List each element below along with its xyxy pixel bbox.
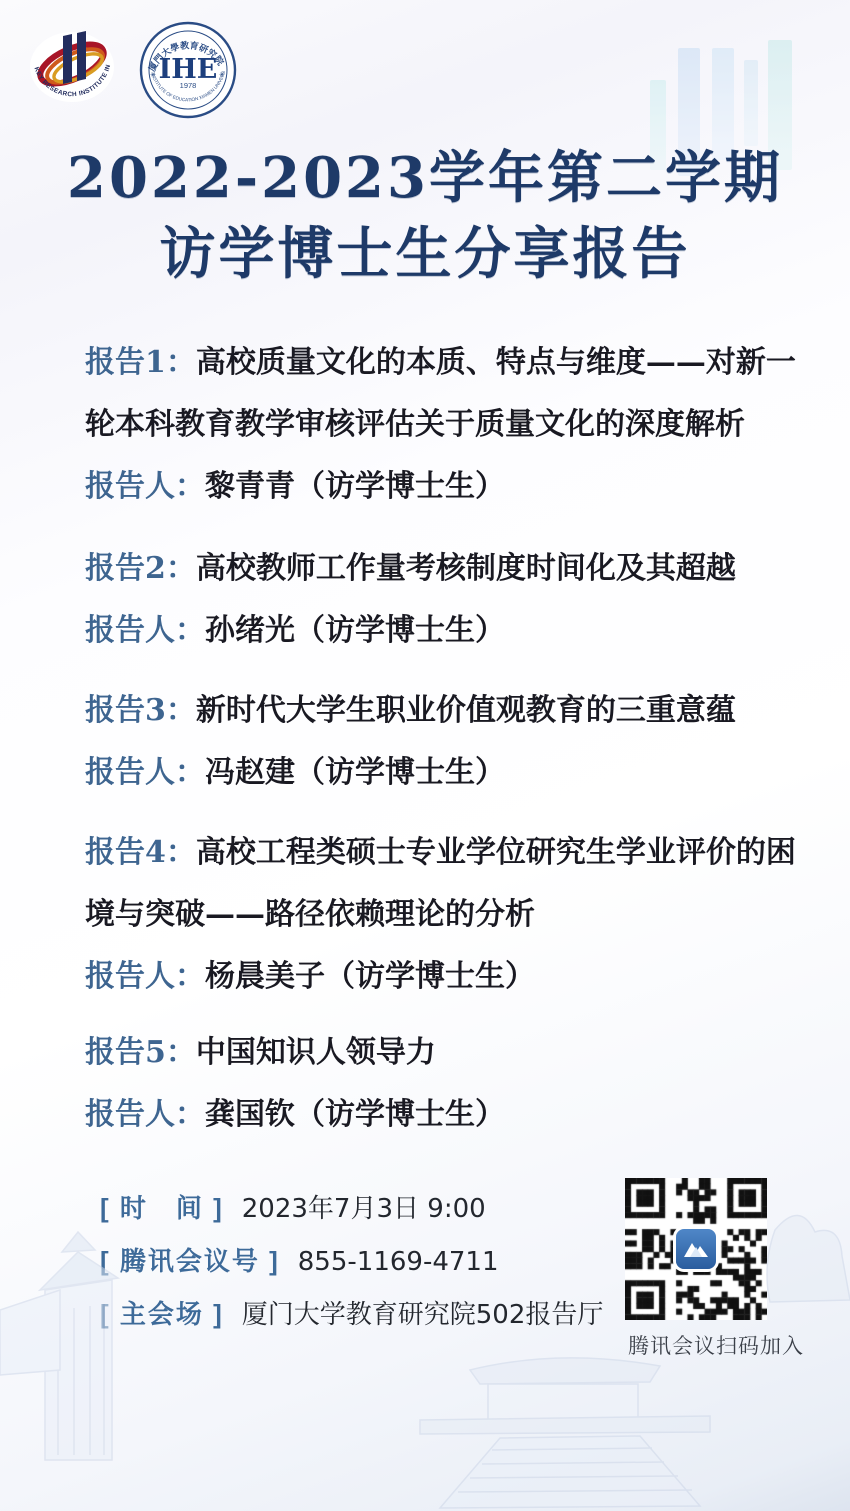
qr-caption: 腾讯会议扫码加入 [628, 1330, 848, 1360]
presenter-label: 报告人： [85, 959, 205, 994]
report-title-text: 中国知识人领导力 [196, 1035, 436, 1070]
report-presenter: 报告人：黎青青（访学博士生） [85, 456, 797, 518]
report-label: 报告3： [85, 693, 196, 728]
poster-title: 2022-2023学年第二学期 访学博士生分享报告 [0, 140, 850, 292]
report-label: 报告2： [85, 551, 196, 586]
time-label: [ 时 间 ] [100, 1193, 224, 1223]
report-item-2: 报告2：高校教师工作量考核制度时间化及其超越 报告人：孙绪光（访学博士生） [85, 538, 797, 662]
presenter-name: 冯赵建（访学博士生） [205, 755, 505, 790]
report-label: 报告1： [85, 345, 196, 380]
meeting-id-value: 855-1169-4711 [298, 1247, 499, 1277]
info-row-time: [ 时 间 ]2023年7月3日 9:00 [100, 1182, 620, 1235]
event-info: [ 时 间 ]2023年7月3日 9:00 [ 腾讯会议号 ]855-1169-… [100, 1182, 620, 1341]
ihe-seal-icon: 厦門大學教育研究院 ✳ ✳ IHE 1978 INSTITUTE OF EDUC… [138, 20, 238, 120]
presenter-name: 孙绪光（访学博士生） [205, 613, 505, 648]
report-label: 报告4： [85, 835, 196, 870]
report-title: 报告1：高校质量文化的本质、特点与维度——对新一轮本科教育教学审核评估关于质量文… [85, 332, 797, 456]
report-title: 报告2：高校教师工作量考核制度时间化及其超越 [85, 538, 797, 600]
key-research-institute-logo-icon: KEY RESEARCH INSTITUTE IN UNIVERSITY [22, 20, 122, 120]
report-item-1: 报告1：高校质量文化的本质、特点与维度——对新一轮本科教育教学审核评估关于质量文… [85, 332, 797, 518]
report-item-5: 报告5：中国知识人领导力 报告人：龚国钦（访学博士生） [85, 1022, 797, 1146]
venue-value: 厦门大学教育研究院502报告厅 [242, 1300, 604, 1330]
time-value: 2023年7月3日 9:00 [242, 1194, 486, 1224]
tencent-meeting-logo-icon [676, 1229, 716, 1269]
report-presenter: 报告人：冯赵建（访学博士生） [85, 742, 797, 804]
report-item-4: 报告4：高校工程类硕士专业学位研究生学业评价的困境与突破——路径依赖理论的分析 … [85, 822, 797, 1008]
poster: KEY RESEARCH INSTITUTE IN UNIVERSITY 厦門大… [0, 0, 850, 1511]
meeting-id-label: [ 腾讯会议号 ] [100, 1246, 280, 1276]
presenter-label: 报告人： [85, 613, 205, 648]
report-presenter: 报告人：杨晨美子（访学博士生） [85, 946, 797, 1008]
info-row-venue: [ 主会场 ]厦门大学教育研究院502报告厅 [100, 1288, 620, 1341]
presenter-name: 黎青青（访学博士生） [205, 469, 505, 504]
info-row-meeting-id: [ 腾讯会议号 ]855-1169-4711 [100, 1235, 620, 1288]
presenter-name: 杨晨美子（访学博士生） [205, 959, 535, 994]
report-list: 报告1：高校质量文化的本质、特点与维度——对新一轮本科教育教学审核评估关于质量文… [85, 332, 797, 1212]
report-title: 报告3：新时代大学生职业价值观教育的三重意蕴 [85, 680, 797, 742]
poster-title-line2: 访学博士生分享报告 [0, 216, 850, 292]
key-research-institute-logo: KEY RESEARCH INSTITUTE IN UNIVERSITY [22, 20, 122, 120]
venue-label: [ 主会场 ] [100, 1299, 224, 1329]
ihe-seal-logo: 厦門大學教育研究院 ✳ ✳ IHE 1978 INSTITUTE OF EDUC… [138, 20, 238, 120]
presenter-label: 报告人： [85, 1097, 205, 1132]
presenter-label: 报告人： [85, 755, 205, 790]
report-title-text: 新时代大学生职业价值观教育的三重意蕴 [196, 693, 736, 728]
ihe-year: 1978 [180, 81, 197, 90]
report-title: 报告4：高校工程类硕士专业学位研究生学业评价的困境与突破——路径依赖理论的分析 [85, 822, 797, 946]
report-label: 报告5： [85, 1035, 196, 1070]
poster-title-line1: 2022-2023学年第二学期 [0, 140, 850, 216]
presenter-name: 龚国钦（访学博士生） [205, 1097, 505, 1132]
report-presenter: 报告人：孙绪光（访学博士生） [85, 600, 797, 662]
report-title-text: 高校教师工作量考核制度时间化及其超越 [196, 551, 736, 586]
tencent-meeting-qr-code [625, 1178, 767, 1320]
report-presenter: 报告人：龚国钦（访学博士生） [85, 1084, 797, 1146]
report-item-3: 报告3：新时代大学生职业价值观教育的三重意蕴 报告人：冯赵建（访学博士生） [85, 680, 797, 804]
report-title: 报告5：中国知识人领导力 [85, 1022, 797, 1084]
presenter-label: 报告人： [85, 469, 205, 504]
